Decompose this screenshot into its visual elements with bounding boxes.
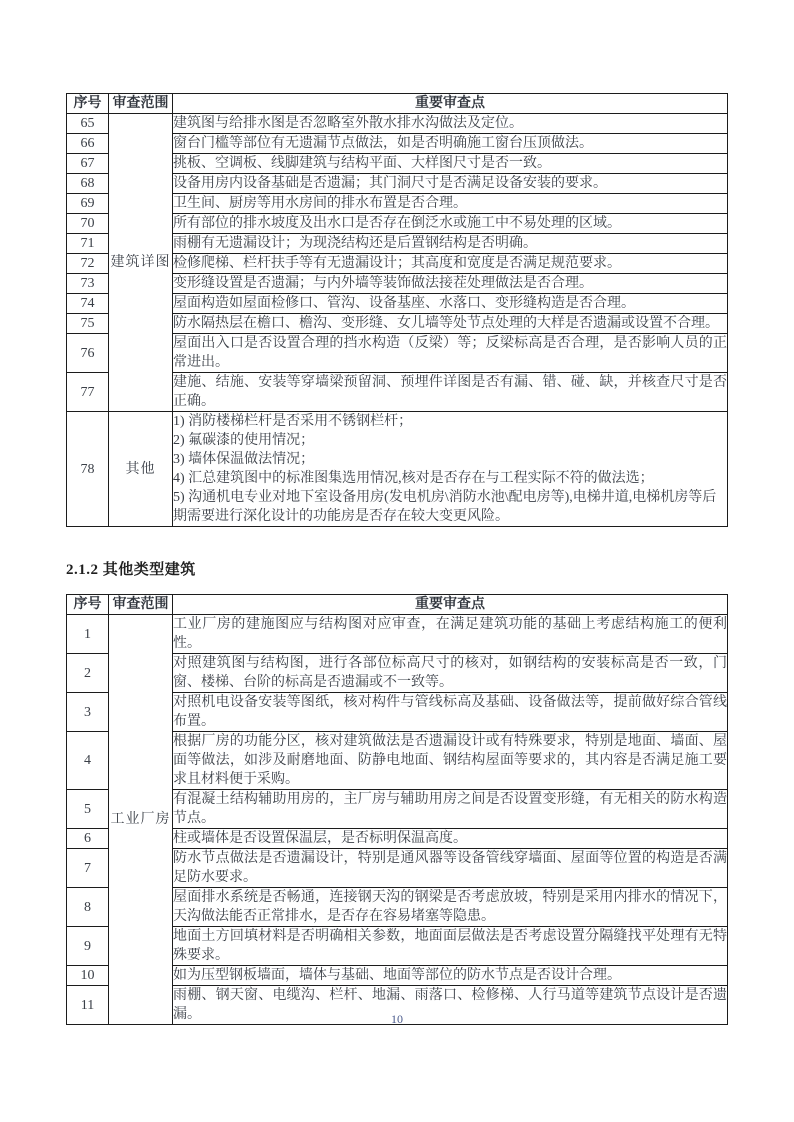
table-header-row: 序号 审查范围 重要审查点 <box>67 94 728 114</box>
review-point: 如为压型钢板墙面，墙体与基础、地面等部位的防水节点是否设计合理。 <box>173 966 728 986</box>
row-number: 2 <box>67 654 109 693</box>
row-number: 74 <box>67 294 109 314</box>
row-number: 7 <box>67 849 109 888</box>
review-point: 对照机电设备安装等图纸，核对构件与管线标高及基础、设备做法等，提前做好综合管线布… <box>173 693 728 732</box>
review-point: 挑板、空调板、线脚建筑与结构平面、大样图尺寸是否一致。 <box>173 154 728 174</box>
row-number: 66 <box>67 134 109 154</box>
col-header-scope: 审查范围 <box>109 595 173 615</box>
review-point: 工业厂房的建施图应与结构图对应审查，在满足建筑功能的基础上考虑结构施工的便利性。 <box>173 615 728 654</box>
section-heading: 2.1.2 其他类型建筑 <box>66 558 727 579</box>
row-number: 5 <box>67 790 109 829</box>
review-point: 1) 消防楼梯栏杆是否采用不锈钢栏杆； 2) 氟碳漆的使用情况； 3) 墙体保温… <box>173 412 728 527</box>
row-number: 9 <box>67 927 109 966</box>
col-header-scope: 审查范围 <box>109 94 173 114</box>
scope-cell: 其他 <box>109 412 173 527</box>
review-point: 对照建筑图与结构图，进行各部位标高尺寸的核对，如钢结构的安装标高是否一致，门窗、… <box>173 654 728 693</box>
row-number: 69 <box>67 194 109 214</box>
col-header-points: 重要审查点 <box>173 94 728 114</box>
review-point: 根据厂房的功能分区，核对建筑做法是否遗漏设计或有特殊要求，特别是地面、墙面、屋面… <box>173 732 728 790</box>
row-number: 76 <box>67 334 109 373</box>
review-table-building-details: 序号 审查范围 重要审查点 65 建筑详图 建筑图与给排水图是否忽略室外散水排水… <box>66 93 728 527</box>
review-point: 地面土方回填材料是否明确相关参数，地面面层做法是否考虑设置分隔缝找平处理有无特殊… <box>173 927 728 966</box>
review-point: 设备用房内设备基础是否遗漏；其门洞尺寸是否满足设备安装的要求。 <box>173 174 728 194</box>
review-table-other-building-types: 序号 审查范围 重要审查点 1 工业厂房 工业厂房的建施图应与结构图对应审查，在… <box>66 594 728 1025</box>
table-row: 1 工业厂房 工业厂房的建施图应与结构图对应审查，在满足建筑功能的基础上考虑结构… <box>67 615 728 654</box>
review-point: 建筑图与给排水图是否忽略室外散水排水沟做法及定位。 <box>173 114 728 134</box>
row-number: 68 <box>67 174 109 194</box>
table-header-row: 序号 审查范围 重要审查点 <box>67 595 728 615</box>
row-number: 78 <box>67 412 109 527</box>
review-point: 窗台门槛等部位有无遗漏节点做法，如是否明确施工窗台压顶做法。 <box>173 134 728 154</box>
scope-cell: 建筑详图 <box>109 114 173 412</box>
col-header-number: 序号 <box>67 595 109 615</box>
scope-cell: 工业厂房 <box>109 615 173 1025</box>
row-number: 73 <box>67 274 109 294</box>
col-header-points: 重要审查点 <box>173 595 728 615</box>
review-point: 变形缝设置是否遗漏；与内外墙等装饰做法接茬处理做法是否合理。 <box>173 274 728 294</box>
row-number: 75 <box>67 314 109 334</box>
row-number: 71 <box>67 234 109 254</box>
row-number: 70 <box>67 214 109 234</box>
table-row: 78 其他 1) 消防楼梯栏杆是否采用不锈钢栏杆； 2) 氟碳漆的使用情况； 3… <box>67 412 728 527</box>
review-point: 建施、结施、安装等穿墙梁预留洞、预埋件详图是否有漏、错、碰、缺，并核查尺寸是否正… <box>173 373 728 412</box>
review-point: 屋面构造如屋面检修口、管沟、设备基座、水落口、变形缝构造是否合理。 <box>173 294 728 314</box>
review-point: 屋面排水系统是否畅通，连接钢天沟的钢梁是否考虑放坡，特别是采用内排水的情况下，天… <box>173 888 728 927</box>
review-point: 所有部位的排水坡度及出水口是否存在倒泛水或施工中不易处理的区域。 <box>173 214 728 234</box>
row-number: 72 <box>67 254 109 274</box>
review-point: 柱或墙体是否设置保温层，是否标明保温高度。 <box>173 829 728 849</box>
review-point: 屋面出入口是否设置合理的挡水构造（反梁）等；反梁标高是否合理，是否影响人员的正常… <box>173 334 728 373</box>
review-point: 卫生间、厨房等用水房间的排水布置是否合理。 <box>173 194 728 214</box>
row-number: 67 <box>67 154 109 174</box>
row-number: 77 <box>67 373 109 412</box>
table-row: 65 建筑详图 建筑图与给排水图是否忽略室外散水排水沟做法及定位。 <box>67 114 728 134</box>
document-body: 序号 审查范围 重要审查点 65 建筑详图 建筑图与给排水图是否忽略室外散水排水… <box>66 93 727 1025</box>
page-number: 10 <box>0 1012 794 1027</box>
row-number: 1 <box>67 615 109 654</box>
row-number: 65 <box>67 114 109 134</box>
col-header-number: 序号 <box>67 94 109 114</box>
review-point: 检修爬梯、栏杆扶手等有无遗漏设计；其高度和宽度是否满足规范要求。 <box>173 254 728 274</box>
review-point: 防水隔热层在檐口、檐沟、变形缝、女儿墙等处节点处理的大样是否遗漏或设置不合理。 <box>173 314 728 334</box>
review-point: 有混凝土结构辅助用房的，主厂房与辅助用房之间是否设置变形缝，有无相关的防水构造节… <box>173 790 728 829</box>
row-number: 6 <box>67 829 109 849</box>
row-number: 10 <box>67 966 109 986</box>
row-number: 3 <box>67 693 109 732</box>
row-number: 8 <box>67 888 109 927</box>
review-point: 雨棚有无遗漏设计；为现浇结构还是后置钢结构是否明确。 <box>173 234 728 254</box>
row-number: 4 <box>67 732 109 790</box>
review-point: 防水节点做法是否遗漏设计，特别是通风器等设备管线穿墙面、屋面等位置的构造是否满足… <box>173 849 728 888</box>
